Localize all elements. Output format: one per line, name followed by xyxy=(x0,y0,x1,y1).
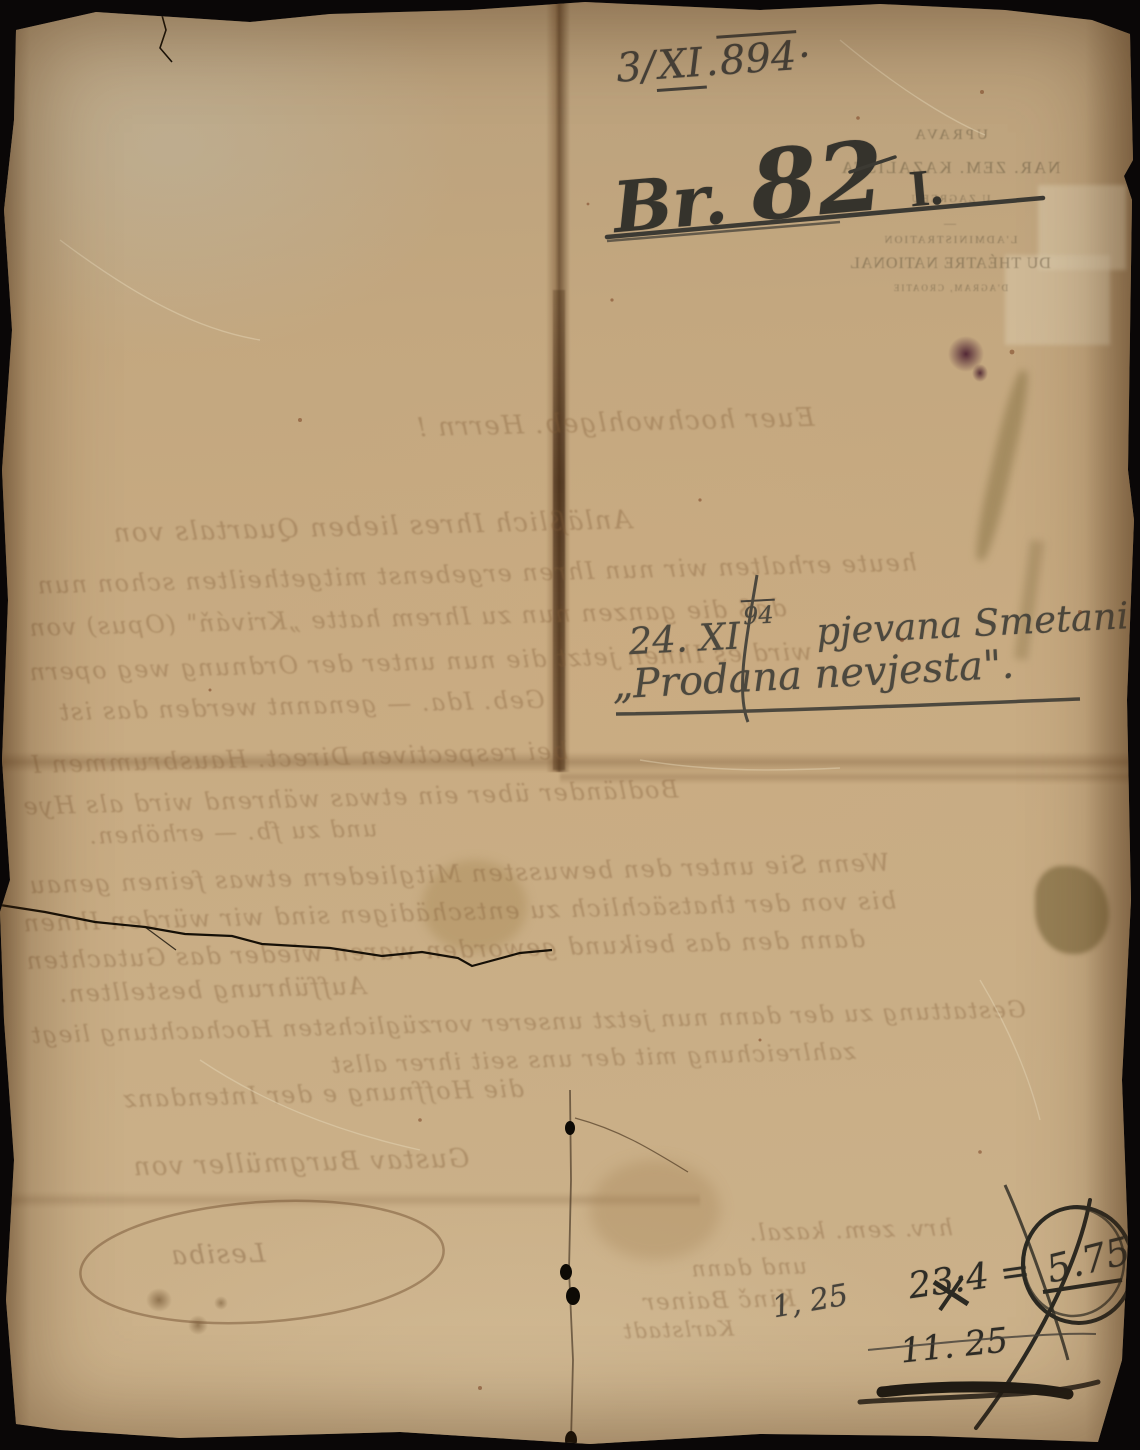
scanned-document: UPRAVANAR. ZEM. KAZALIŠTAU ZAGREBU—L'ADM… xyxy=(0,0,1140,1450)
edge-vignette xyxy=(0,0,1140,1450)
paper-sheet: UPRAVANAR. ZEM. KAZALIŠTAU ZAGREBU—L'ADM… xyxy=(0,0,1140,1450)
